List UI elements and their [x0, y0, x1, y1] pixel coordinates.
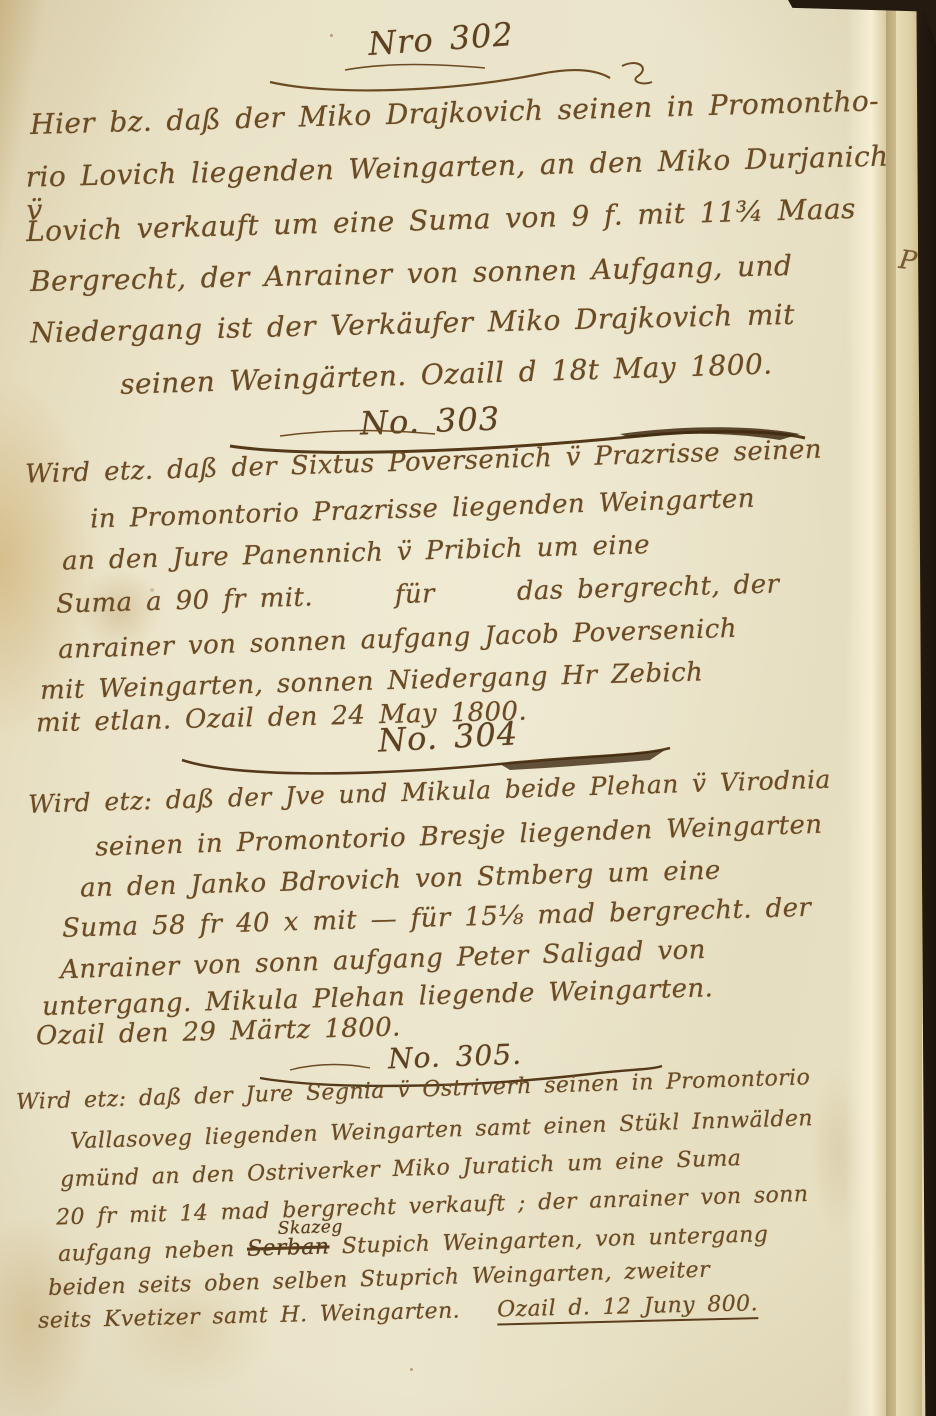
inserted-word-above: Skazeg	[277, 1217, 342, 1239]
ink-speck	[330, 34, 333, 37]
line-text-pre: aufgang neben	[58, 1237, 248, 1267]
struck-word: SerbanSkazeg	[247, 1234, 330, 1261]
ink-speck	[410, 1368, 413, 1371]
manuscript-page: P Nro 302 Hier bz. daß der Miko Drajkovi…	[0, 0, 936, 1416]
